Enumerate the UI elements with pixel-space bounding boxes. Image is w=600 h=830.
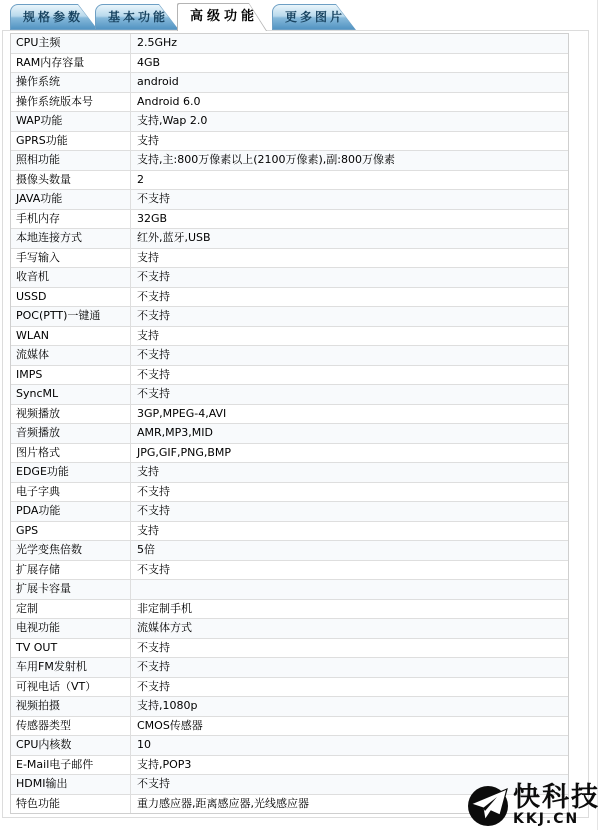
- spec-label: 摄像头数量: [11, 171, 131, 190]
- spec-row: CPU主频 2.5GHz: [11, 34, 568, 54]
- spec-value: 2: [131, 171, 568, 190]
- spec-label: 视频拍摄: [11, 697, 131, 716]
- spec-label: 操作系统版本号: [11, 93, 131, 112]
- spec-row: 手写输入 支持: [11, 249, 568, 269]
- spec-row: 摄像头数量 2: [11, 171, 568, 191]
- spec-label: 可视电话（VT）: [11, 678, 131, 697]
- tab-label: 基本功能: [95, 4, 179, 30]
- spec-row: WLAN 支持: [11, 327, 568, 347]
- spec-row: TV OUT 不支持: [11, 639, 568, 659]
- spec-label: RAM内存容量: [11, 54, 131, 73]
- spec-row: RAM内存容量 4GB: [11, 54, 568, 74]
- spec-value: 不支持: [131, 366, 568, 385]
- spec-label: 收音机: [11, 268, 131, 287]
- paper-plane-icon: [466, 783, 510, 827]
- spec-label: 电视功能: [11, 619, 131, 638]
- spec-value: JPG,GIF,PNG,BMP: [131, 444, 568, 463]
- spec-row: 电视功能 流媒体方式: [11, 619, 568, 639]
- spec-value: 3GP,MPEG-4,AVI: [131, 405, 568, 424]
- spec-row: 收音机 不支持: [11, 268, 568, 288]
- spec-label: 流媒体: [11, 346, 131, 365]
- spec-label: 光学变焦倍数: [11, 541, 131, 560]
- spec-row: 扩展卡容量: [11, 580, 568, 600]
- spec-row: E-Mail电子邮件 支持,POP3: [11, 756, 568, 776]
- spec-value: 不支持: [131, 561, 568, 580]
- spec-row: WAP功能 支持,Wap 2.0: [11, 112, 568, 132]
- spec-label: CPU主频: [11, 34, 131, 53]
- spec-row: IMPS 不支持: [11, 366, 568, 386]
- tab-spec-params[interactable]: 规格参数: [10, 4, 98, 30]
- spec-row: 电子字典 不支持: [11, 483, 568, 503]
- spec-row: 传感器类型 CMOS传感器: [11, 717, 568, 737]
- spec-row: 车用FM发射机 不支持: [11, 658, 568, 678]
- tab-bar: 规格参数 基本功能 高级功能 更多图片: [0, 0, 600, 31]
- spec-row: 视频播放 3GP,MPEG-4,AVI: [11, 405, 568, 425]
- tab-more-images[interactable]: 更多图片: [272, 4, 356, 30]
- spec-label: SyncML: [11, 385, 131, 404]
- spec-label: WLAN: [11, 327, 131, 346]
- spec-row: USSD 不支持: [11, 288, 568, 308]
- spec-row: 图片格式 JPG,GIF,PNG,BMP: [11, 444, 568, 464]
- spec-label: JAVA功能: [11, 190, 131, 209]
- logo-brand: 快科技: [513, 784, 600, 811]
- spec-value: 10: [131, 736, 568, 755]
- spec-row: 操作系统 android: [11, 73, 568, 93]
- logo-domain: KKJ.CN: [513, 812, 579, 826]
- spec-label: GPS: [11, 522, 131, 541]
- spec-row: 扩展存储 不支持: [11, 561, 568, 581]
- spec-value: 不支持: [131, 346, 568, 365]
- spec-row: SyncML 不支持: [11, 385, 568, 405]
- spec-value: 不支持: [131, 483, 568, 502]
- spec-label: 扩展卡容量: [11, 580, 131, 599]
- spec-label: TV OUT: [11, 639, 131, 658]
- spec-value: [131, 580, 568, 599]
- spec-value: 不支持: [131, 639, 568, 658]
- spec-label: CPU内核数: [11, 736, 131, 755]
- tab-basic-functions[interactable]: 基本功能: [95, 4, 179, 30]
- kkj-logo: 快科技 KKJ.CN: [466, 783, 600, 827]
- spec-value: 不支持: [131, 190, 568, 209]
- spec-value: 2.5GHz: [131, 34, 568, 53]
- spec-label: 手写输入: [11, 249, 131, 268]
- spec-value: 4GB: [131, 54, 568, 73]
- spec-label: 图片格式: [11, 444, 131, 463]
- spec-label: 定制: [11, 600, 131, 619]
- spec-value: 5倍: [131, 541, 568, 560]
- spec-value: 32GB: [131, 210, 568, 229]
- spec-value: 支持,1080p: [131, 697, 568, 716]
- spec-label: GPRS功能: [11, 132, 131, 151]
- spec-label: EDGE功能: [11, 463, 131, 482]
- spec-row: 视频拍摄 支持,1080p: [11, 697, 568, 717]
- spec-row: 光学变焦倍数 5倍: [11, 541, 568, 561]
- spec-value: 支持: [131, 522, 568, 541]
- spec-value: 非定制手机: [131, 600, 568, 619]
- spec-label: 车用FM发射机: [11, 658, 131, 677]
- spec-value: 支持,POP3: [131, 756, 568, 775]
- spec-row: PDA功能 不支持: [11, 502, 568, 522]
- spec-value: 不支持: [131, 268, 568, 287]
- spec-value: 不支持: [131, 502, 568, 521]
- spec-value: CMOS传感器: [131, 717, 568, 736]
- spec-label: IMPS: [11, 366, 131, 385]
- spec-value: android: [131, 73, 568, 92]
- spec-label: 扩展存储: [11, 561, 131, 580]
- spec-value: AMR,MP3,MID: [131, 424, 568, 443]
- spec-label: 手机内存: [11, 210, 131, 229]
- spec-row: 可视电话（VT） 不支持: [11, 678, 568, 698]
- spec-table: CPU主频 2.5GHz RAM内存容量 4GB 操作系统 android 操作…: [10, 33, 569, 814]
- tab-label: 高级功能: [177, 3, 267, 31]
- spec-value: 支持: [131, 463, 568, 482]
- spec-row: 操作系统版本号 Android 6.0: [11, 93, 568, 113]
- spec-label: 电子字典: [11, 483, 131, 502]
- spec-label: 视频播放: [11, 405, 131, 424]
- spec-row: JAVA功能 不支持: [11, 190, 568, 210]
- spec-label: USSD: [11, 288, 131, 307]
- spec-value: 红外,蓝牙,USB: [131, 229, 568, 248]
- tab-advanced-functions[interactable]: 高级功能: [177, 3, 267, 31]
- spec-value: 不支持: [131, 658, 568, 677]
- spec-label: E-Mail电子邮件: [11, 756, 131, 775]
- spec-value: 不支持: [131, 307, 568, 326]
- spec-row: GPS 支持: [11, 522, 568, 542]
- spec-label: 操作系统: [11, 73, 131, 92]
- spec-row: CPU内核数 10: [11, 736, 568, 756]
- spec-row: 音频播放 AMR,MP3,MID: [11, 424, 568, 444]
- spec-value: 不支持: [131, 678, 568, 697]
- spec-row: 照相功能 支持,主:800万像素以上(2100万像素),副:800万像素: [11, 151, 568, 171]
- spec-label: HDMI输出: [11, 775, 131, 794]
- tab-label: 更多图片: [272, 4, 356, 30]
- spec-value: 流媒体方式: [131, 619, 568, 638]
- spec-row: POC(PTT)一键通 不支持: [11, 307, 568, 327]
- tab-label: 规格参数: [10, 4, 98, 30]
- spec-label: 音频播放: [11, 424, 131, 443]
- spec-label: WAP功能: [11, 112, 131, 131]
- spec-value: Android 6.0: [131, 93, 568, 112]
- spec-value: 支持,主:800万像素以上(2100万像素),副:800万像素: [131, 151, 568, 170]
- logo-text: 快科技 KKJ.CN: [513, 784, 600, 826]
- spec-value: 支持,Wap 2.0: [131, 112, 568, 131]
- spec-row: 本地连接方式 红外,蓝牙,USB: [11, 229, 568, 249]
- page-border-line: [597, 0, 598, 830]
- spec-row: 流媒体 不支持: [11, 346, 568, 366]
- spec-label: 照相功能: [11, 151, 131, 170]
- spec-label: POC(PTT)一键通: [11, 307, 131, 326]
- spec-row: EDGE功能 支持: [11, 463, 568, 483]
- spec-value: 不支持: [131, 385, 568, 404]
- spec-row: 手机内存 32GB: [11, 210, 568, 230]
- spec-value: 支持: [131, 132, 568, 151]
- spec-row: GPRS功能 支持: [11, 132, 568, 152]
- spec-label: 传感器类型: [11, 717, 131, 736]
- spec-label: 本地连接方式: [11, 229, 131, 248]
- spec-value: 支持: [131, 249, 568, 268]
- spec-value: 不支持: [131, 288, 568, 307]
- spec-row: 定制 非定制手机: [11, 600, 568, 620]
- spec-label: PDA功能: [11, 502, 131, 521]
- spec-label: 特色功能: [11, 795, 131, 814]
- spec-value: 支持: [131, 327, 568, 346]
